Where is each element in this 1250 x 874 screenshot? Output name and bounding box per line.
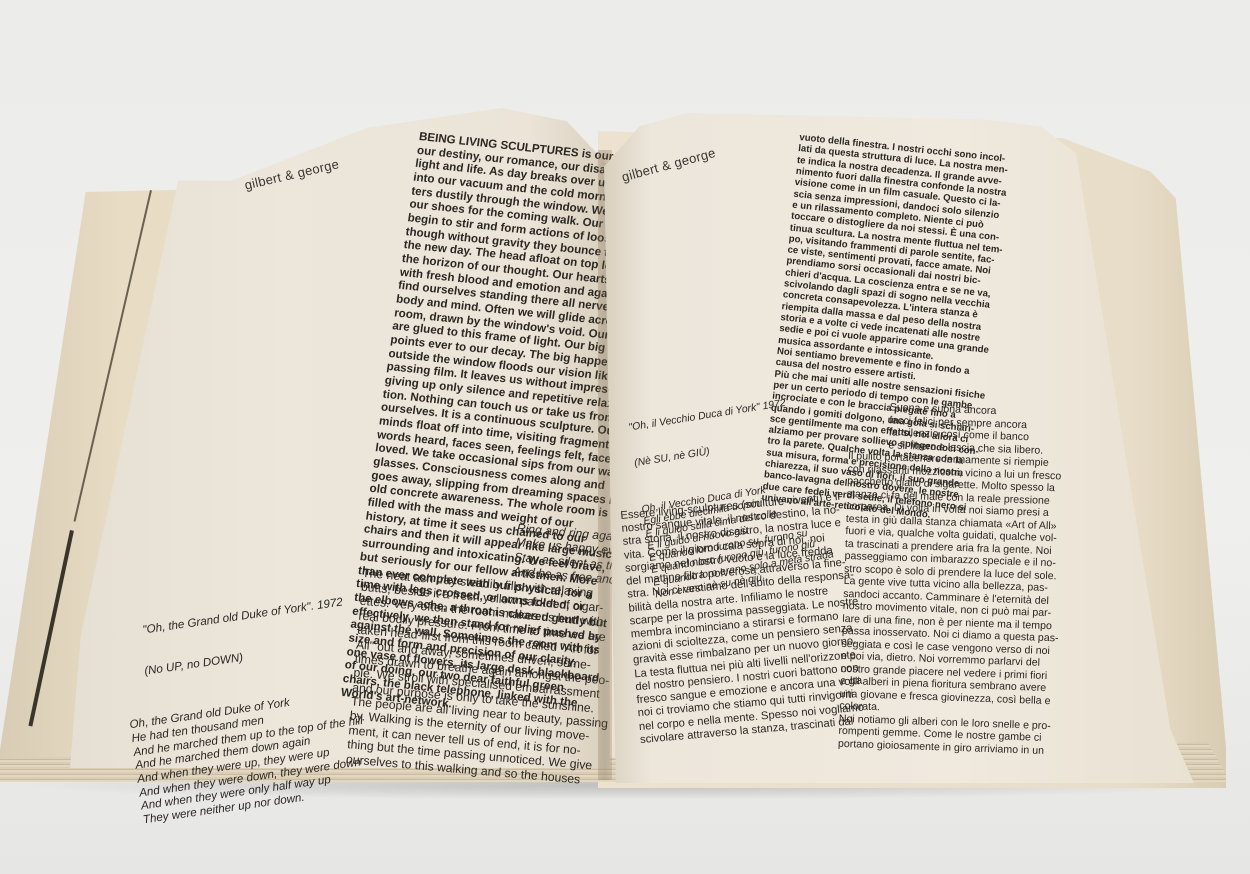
left-song-lines: Oh, the Grand old Duke of YorkHe had ten… xyxy=(129,687,373,828)
left-song-title: "Oh, the Grand old Duke of York". 1972 xyxy=(134,595,347,638)
left-song-subtitle: (No UP, no DOWN) xyxy=(140,636,353,679)
right-song-subtitle: (Nè SU, nè GIÙ) xyxy=(634,430,816,471)
photo-scene: gilbert & george BEING LIVING SCULPTURES… xyxy=(0,0,1250,874)
right-body-col1-lower: Essere living-sculptures (sculture viven… xyxy=(620,490,869,747)
left-song-block: "Oh, the Grand old Duke of York". 1972 (… xyxy=(130,568,377,851)
right-song-title: "Oh, il Vecchio Duca di York" 1972 xyxy=(628,394,810,435)
right-body-col2-lower: Suona e suona ancorafacci felici per sem… xyxy=(838,400,1067,757)
